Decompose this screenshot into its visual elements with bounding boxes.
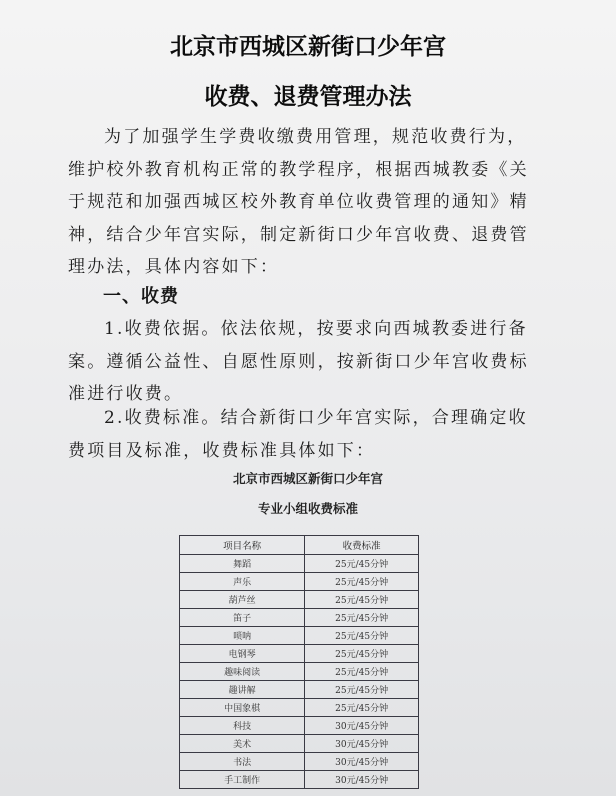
- table-row: 笛子25元/45分钟: [180, 609, 419, 627]
- table-row: 美术30元/45分钟: [180, 735, 419, 753]
- intro-text: 为了加强学生学费收缴费用管理，规范收费行为，维护校外教育机构正常的教学程序，根据…: [68, 127, 529, 277]
- item-name-cell: 书法: [180, 753, 305, 771]
- fee-cell: 25元/45分钟: [305, 663, 419, 681]
- item-name-cell: 电钢琴: [180, 645, 305, 663]
- item-name-cell: 趣讲解: [180, 681, 305, 699]
- table-row: 葫芦丝25元/45分钟: [180, 591, 419, 609]
- item-name-cell: 葫芦丝: [180, 591, 305, 609]
- table-header-row: 项目名称 收费标准: [180, 536, 419, 555]
- fee-cell: 25元/45分钟: [305, 681, 419, 699]
- item-name-cell: 舞蹈: [180, 555, 305, 573]
- fee-cell: 25元/45分钟: [305, 645, 419, 663]
- table-row: 电钢琴25元/45分钟: [180, 645, 419, 663]
- fee-cell: 25元/45分钟: [305, 573, 419, 591]
- fee-cell: 30元/45分钟: [305, 753, 419, 771]
- table-row: 趣讲解25元/45分钟: [180, 681, 419, 699]
- fee-cell: 25元/45分钟: [305, 555, 419, 573]
- intro-paragraph: 为了加强学生学费收缴费用管理，规范收费行为，维护校外教育机构正常的教学程序，根据…: [68, 121, 538, 284]
- item-name-cell: 美术: [180, 735, 305, 753]
- fee-standard-paragraph: 2.收费标准。结合新街口少年宫实际，合理确定收费项目及标准，收费标准具体如下：: [68, 402, 538, 467]
- fee-basis-text: 1.收费依据。依法依规，按要求向西城教委进行备案。遵循公益性、自愿性原则，按新街…: [68, 319, 529, 404]
- table-row: 舞蹈25元/45分钟: [180, 555, 419, 573]
- fee-cell: 25元/45分钟: [305, 699, 419, 717]
- document-title-line-2: 收费、退费管理办法: [0, 78, 616, 111]
- fee-standard-text: 2.收费标准。结合新街口少年宫实际，合理确定收费项目及标准，收费标准具体如下：: [68, 408, 528, 461]
- table-row: 中国象棋25元/45分钟: [180, 699, 419, 717]
- item-name-cell: 趣味阅读: [180, 663, 305, 681]
- table-row: 书法30元/45分钟: [180, 753, 419, 771]
- item-name-cell: 笛子: [180, 609, 305, 627]
- item-name-cell: 科技: [180, 717, 305, 735]
- document-title-line-1: 北京市西城区新街口少年宫: [0, 28, 616, 61]
- table-row: 唢呐25元/45分钟: [180, 627, 419, 645]
- fee-cell: 25元/45分钟: [305, 591, 419, 609]
- fee-cell: 30元/45分钟: [305, 771, 419, 789]
- item-name-cell: 中国象棋: [180, 699, 305, 717]
- section-heading-fees: 一、收费: [103, 282, 179, 308]
- table-row: 科技30元/45分钟: [180, 717, 419, 735]
- table-row: 手工制作30元/45分钟: [180, 771, 419, 789]
- fee-cell: 25元/45分钟: [305, 609, 419, 627]
- fee-basis-paragraph: 1.收费依据。依法依规，按要求向西城教委进行备案。遵循公益性、自愿性原则，按新街…: [68, 313, 538, 411]
- table-row: 趣味阅读25元/45分钟: [180, 663, 419, 681]
- fee-table: 项目名称 收费标准 舞蹈25元/45分钟声乐25元/45分钟葫芦丝25元/45分…: [179, 535, 419, 789]
- table-title-line-1: 北京市西城区新街口少年宫: [0, 469, 616, 487]
- column-header-item-name: 项目名称: [180, 536, 305, 555]
- table-title-line-2: 专业小组收费标准: [0, 499, 616, 517]
- item-name-cell: 唢呐: [180, 627, 305, 645]
- fee-cell: 30元/45分钟: [305, 735, 419, 753]
- table-row: 声乐25元/45分钟: [180, 573, 419, 591]
- item-name-cell: 手工制作: [180, 771, 305, 789]
- fee-cell: 30元/45分钟: [305, 717, 419, 735]
- fee-cell: 25元/45分钟: [305, 627, 419, 645]
- column-header-fee: 收费标准: [305, 536, 419, 555]
- item-name-cell: 声乐: [180, 573, 305, 591]
